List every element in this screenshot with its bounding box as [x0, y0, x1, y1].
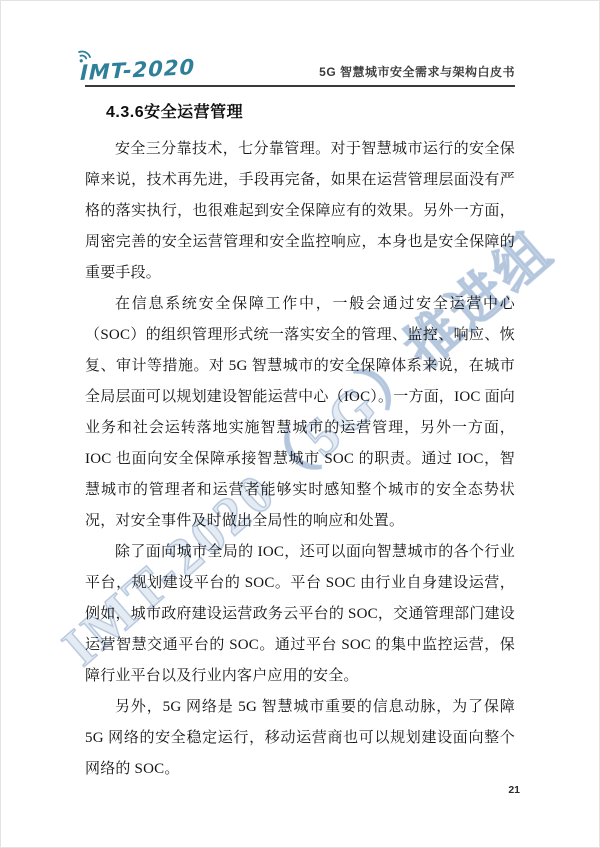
page-header: IMT-2020 5G 智慧城市安全需求与架构白皮书	[85, 36, 515, 87]
logo-text: IMT-2020	[80, 55, 195, 85]
paragraph: 除了面向城市全局的 IOC，还可以面向智慧城市的各个行业平台，规划建设平台的 S…	[85, 537, 515, 692]
page-number: 21	[508, 784, 520, 796]
paragraph: 另外，5G 网络是 5G 智慧城市重要的信息动脉，为了保障 5G 网络的安全稳定…	[85, 692, 515, 785]
paragraph: 在信息系统安全保障工作中，一般会通过安全运营中心（SOC）的组织管理形式统一落实…	[85, 289, 515, 537]
imt2020-logo: IMT-2020	[80, 58, 195, 82]
body-text: 安全三分靠技术，七分靠管理。对于智慧城市运行的安全保障来说，技术再先进，手段再完…	[85, 134, 515, 785]
document-page: IMT-2020（5G）推进组 IMT-2020 5G 智慧城市安全需求与架构白…	[0, 0, 600, 848]
document-title: 5G 智慧城市安全需求与架构白皮书	[319, 63, 515, 82]
section-heading: 4.3.6安全运营管理	[106, 99, 515, 122]
page-content: IMT-2020 5G 智慧城市安全需求与架构白皮书 4.3.6安全运营管理 安…	[0, 0, 600, 785]
paragraph: 安全三分靠技术，七分靠管理。对于智慧城市运行的安全保障来说，技术再先进，手段再完…	[85, 134, 515, 289]
